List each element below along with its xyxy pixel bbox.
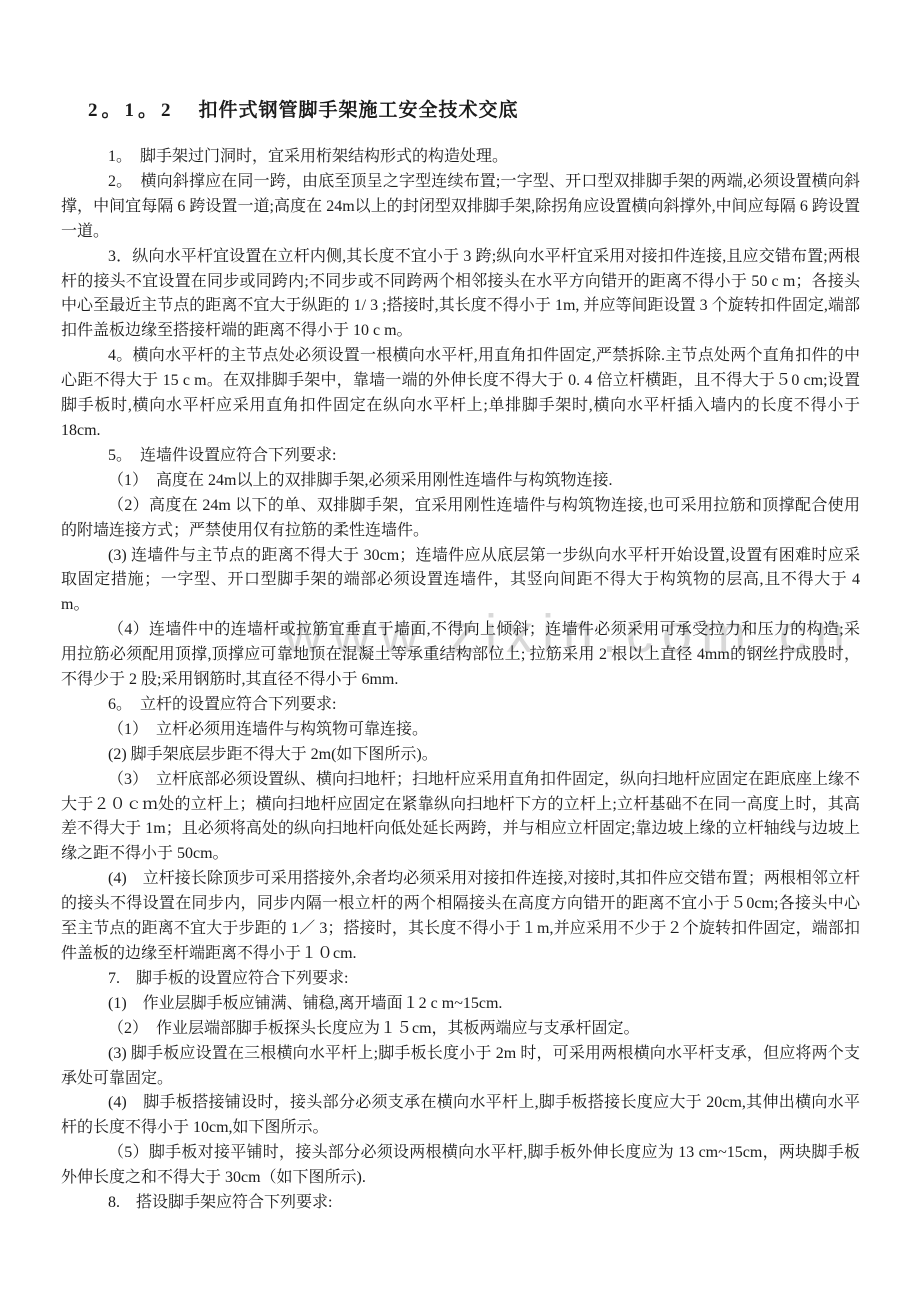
paragraph-item-6-sub-1: （1） 立杆必须用连墙件与构筑物可靠连接。 (61, 718, 860, 743)
document-body: 1。 脚手架过门洞时，宜采用桁架结构形式的构造处理。 2。 横向斜撑应在同一跨，… (61, 145, 860, 1216)
paragraph-item-5: 5。 连墙件设置应符合下列要求: (61, 444, 860, 469)
section-title-text: 扣件式钢管脚手架施工安全技术交底 (199, 100, 519, 121)
document-page: www.zixin.com.cn 2。1。2扣件式钢管脚手架施工安全技术交底 1… (0, 0, 920, 1302)
paragraph-item-6-sub-4: (4) 立杆接长除顶步可采用搭接外,余者均必须采用对接扣件连接,对接时,其扣件应… (61, 867, 860, 967)
paragraph-item-5-sub-3: (3) 连墙件与主节点的距离不得大于 30cm；连墙件应从底层第一步纵向水平杆开… (61, 544, 860, 619)
paragraph-item-8: 8. 搭设脚手架应符合下列要求: (61, 1191, 860, 1216)
paragraph-item-6-sub-3: （3） 立杆底部必须设置纵、横向扫地杆；扫地杆应采用直角扣件固定，纵向扫地杆应固… (61, 768, 860, 868)
section-number: 2。1。2 (88, 100, 175, 121)
paragraph-item-7: 7. 脚手板的设置应符合下列要求: (61, 967, 860, 992)
paragraph-item-3: 3．纵向水平杆宜设置在立杆内侧,其长度不宜小于 3 跨;纵向水平杆宜采用对接扣件… (61, 245, 860, 345)
paragraph-item-7-sub-3: (3) 脚手板应设置在三根横向水平杆上;脚手板长度小于 2m 时，可采用两根横向… (61, 1042, 860, 1092)
paragraph-item-5-sub-1: （1） 高度在 24m以上的双排脚手架,必须采用刚性连墙件与构筑物连接. (61, 469, 860, 494)
paragraph-item-6: 6。 立杆的设置应符合下列要求: (61, 693, 860, 718)
paragraph-item-5-sub-4: （4）连墙件中的连墙杆或拉筋宜垂直于墙面,不得向上倾斜；连墙件必须采用可承受拉力… (61, 618, 860, 693)
paragraph-item-1: 1。 脚手架过门洞时，宜采用桁架结构形式的构造处理。 (61, 145, 860, 170)
section-title: 2。1。2扣件式钢管脚手架施工安全技术交底 (88, 95, 519, 122)
paragraph-item-7-sub-1: (1) 作业层脚手板应铺满、铺稳,离开墙面１2 c m~15cm. (61, 992, 860, 1017)
paragraph-item-2: 2。 横向斜撑应在同一跨，由底至顶呈之字型连续布置;一字型、开口型双排脚手架的两… (61, 170, 860, 245)
paragraph-item-6-sub-2: (2) 脚手架底层步距不得大于 2m(如下图所示)。 (61, 743, 860, 768)
paragraph-item-7-sub-2: （2） 作业层端部脚手板探头长度应为１５cm，其板两端应与支承杆固定。 (61, 1017, 860, 1042)
paragraph-item-4: 4。横向水平杆的主节点处必须设置一根横向水平杆,用直角扣件固定,严禁拆除.主节点… (61, 344, 860, 444)
paragraph-item-7-sub-4: (4) 脚手板搭接铺设时，接头部分必须支承在横向水平杆上,脚手板搭接长度应大于 … (61, 1091, 860, 1141)
paragraph-item-7-sub-5: （5）脚手板对接平铺时，接头部分必须设两根横向水平杆,脚手板外伸长度应为 13 … (61, 1141, 860, 1191)
paragraph-item-5-sub-2: （2）高度在 24m 以下的单、双排脚手架，宜采用刚性连墙件与构筑物连接,也可采… (61, 494, 860, 544)
